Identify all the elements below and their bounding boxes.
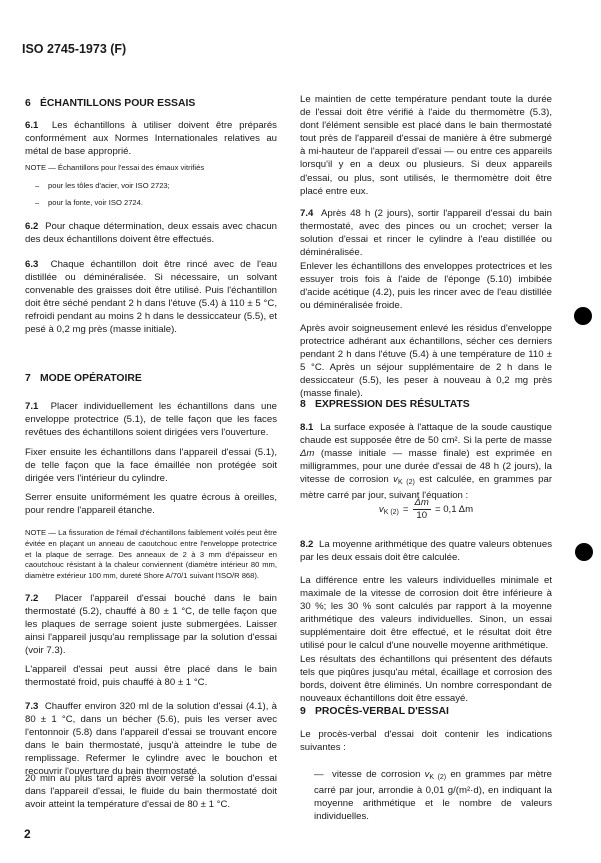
paragraph-8-1: 8.1 La surface exposée à l'attaque de la… — [300, 421, 552, 503]
paragraph-7-1: 7.1 Placer individuellement les échantil… — [25, 400, 277, 439]
section-6-heading: 6ÉCHANTILLONS POUR ESSAIS — [25, 98, 195, 109]
note-item: –pour les tôles d'acier, voir ISO 2723; — [35, 181, 170, 190]
note-7-1: NOTE — La fissuration de l'émail d'échan… — [25, 528, 277, 582]
paragraph-7-3-timing: 20 min au plus tard après avoir versé la… — [25, 772, 277, 811]
paragraph-6-2: 6.2 Pour chaque détermination, deux essa… — [25, 220, 277, 246]
paragraph-7-4: 7.4 Après 48 h (2 jours), sortir l'appar… — [300, 207, 552, 259]
note-6-1: NOTE — Échantillons pour l'essai des éma… — [25, 163, 277, 174]
section-8-heading: 8EXPRESSION DES RÉSULTATS — [300, 399, 470, 410]
corrosion-rate-formula: vK (2) = Δm 10 = 0,1 Δm — [300, 497, 552, 522]
paragraph-9-intro: Le procès-verbal d'essai doit contenir l… — [300, 728, 552, 754]
document-id-header: ISO 2745-1973 (F) — [22, 42, 126, 56]
report-item: — vitesse de corrosion vK (2) en grammes… — [314, 768, 552, 823]
paragraph-7-1-fixing: Fixer ensuite les échantillons dans l'ap… — [25, 446, 277, 485]
paragraph-7-2-alt: L'appareil d'essai peut aussi être placé… — [25, 663, 277, 689]
paragraph-8-2: 8.2 La moyenne arithmétique des quatre v… — [300, 538, 552, 564]
note-item: –pour la fonte, voir ISO 2724. — [35, 198, 143, 207]
page-number: 2 — [24, 827, 31, 841]
paragraph-8-2-defects: Les résultats des échantillons qui prése… — [300, 653, 552, 705]
paragraph-7-3-temperature: Le maintien de cette température pendant… — [300, 93, 552, 198]
paragraph-6-1: 6.1 Les échantillons à utiliser doivent … — [25, 119, 277, 158]
paragraph-8-2-difference: La différence entre les valeurs individu… — [300, 574, 552, 653]
paragraph-7-4-drying: Après avoir soigneusement enlevé les rés… — [300, 322, 552, 401]
fraction: Δm 10 — [413, 497, 431, 522]
paragraph-7-1-tightening: Serrer ensuite uniformément les quatre é… — [25, 491, 277, 517]
paragraph-7-2: 7.2 Placer l'appareil d'essai bouché dan… — [25, 592, 277, 657]
section-7-heading: 7MODE OPÉRATOIRE — [25, 373, 142, 384]
section-9-heading: 9PROCÈS-VERBAL D'ESSAI — [300, 706, 449, 717]
paragraph-6-3: 6.3 Chaque échantillon doit être rincé a… — [25, 258, 277, 337]
punch-hole-mark — [575, 543, 593, 561]
paragraph-7-3: 7.3 Chauffer environ 320 ml de la soluti… — [25, 700, 277, 779]
paragraph-7-4-removal: Enlever les échantillons des enveloppes … — [300, 260, 552, 312]
punch-hole-mark — [574, 307, 592, 325]
